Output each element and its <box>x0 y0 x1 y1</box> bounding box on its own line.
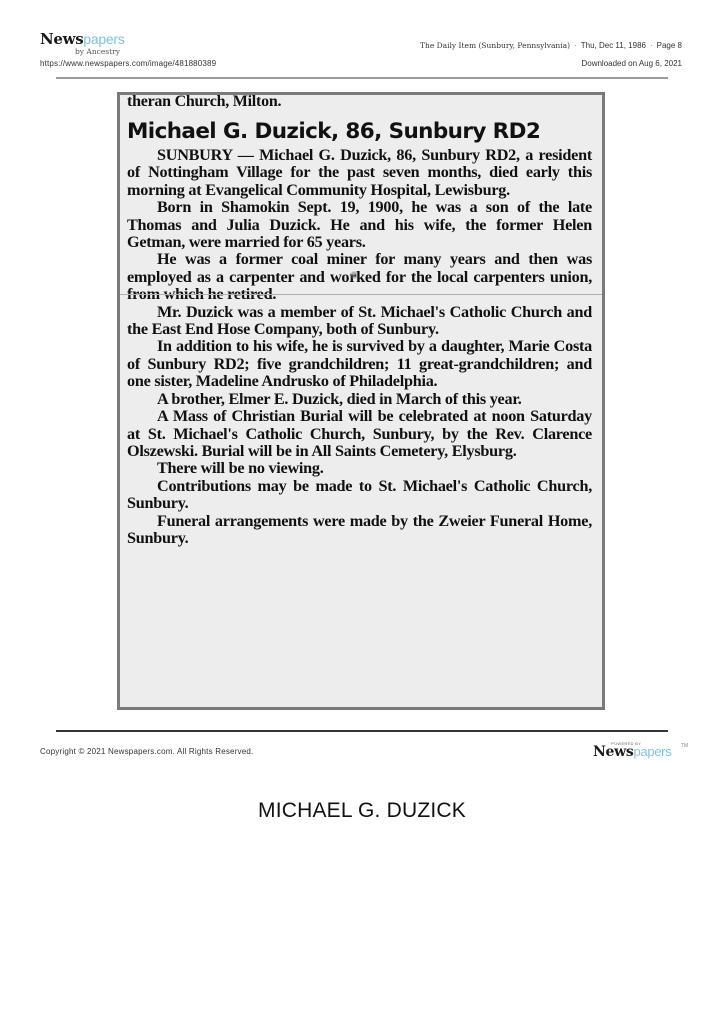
downloaded-date: Downloaded on Aug 6, 2021 <box>581 59 682 68</box>
logo-brand-light: papers <box>83 31 124 47</box>
paragraph: Born in Shamokin Sept. 19, 1900, he was … <box>127 199 592 251</box>
ink-smudge <box>350 270 358 280</box>
paragraph: Contributions may be made to St. Michael… <box>127 478 592 513</box>
image-url[interactable]: https://www.newspapers.com/image/4818803… <box>40 59 216 68</box>
page-number: Page 8 <box>657 41 682 50</box>
publication-meta: The Daily Item (Sunbury, Pennsylvania)·T… <box>420 41 682 50</box>
header-divider <box>56 77 668 79</box>
separator: · <box>574 41 577 50</box>
publication-name: The Daily Item (Sunbury, Pennsylvania) <box>420 41 570 50</box>
paragraph: A brother, Elmer E. Duzick, died in Marc… <box>127 391 592 408</box>
obituary-headline: Michael G. Duzick, 86, Sunbury RD2 <box>127 119 592 145</box>
footer-divider <box>56 730 668 732</box>
trademark-mark: TM <box>681 744 688 749</box>
publication-date: Thu, Dec 11, 1986 <box>581 41 646 50</box>
copyright-notice: Copyright © 2021 Newspapers.com. All Rig… <box>40 747 253 756</box>
newspapers-logo[interactable]: Newspapers by Ancestry <box>40 32 124 56</box>
fold-line <box>120 294 602 295</box>
powered-brand-dark: News <box>593 744 633 760</box>
clipping-text: theran Church, Milton. Michael G. Duzick… <box>120 93 602 547</box>
lead-in-text: theran Church, Milton. <box>127 93 592 111</box>
page-caption: MICHAEL G. DUZICK <box>0 799 724 823</box>
logo-byline: by Ancestry <box>75 48 124 56</box>
paragraph: In addition to his wife, he is survived … <box>127 338 592 390</box>
paragraph: Mr. Duzick was a member of St. Michael's… <box>127 304 592 339</box>
logo-brand-dark: News <box>40 30 83 48</box>
powered-brand-light: papers <box>633 744 671 759</box>
separator: · <box>650 41 653 50</box>
powered-by-label: POWERED BY <box>611 742 641 746</box>
powered-by-newspapers-logo[interactable]: POWERED BY Newspapers TM <box>593 742 671 759</box>
logo-wordmark: Newspapers <box>40 32 124 47</box>
newspaper-clipping: theran Church, Milton. Michael G. Duzick… <box>117 92 605 710</box>
powered-wordmark: Newspapers <box>593 745 671 759</box>
paragraph: There will be no viewing. <box>127 460 592 477</box>
paragraph: He was a former coal miner for many year… <box>127 251 592 303</box>
paragraph: SUNBURY — Michael G. Duzick, 86, Sunbury… <box>127 147 592 199</box>
paragraph: A Mass of Christian Burial will be celeb… <box>127 408 592 460</box>
paragraph: Funeral arrangements were made by the Zw… <box>127 513 592 548</box>
